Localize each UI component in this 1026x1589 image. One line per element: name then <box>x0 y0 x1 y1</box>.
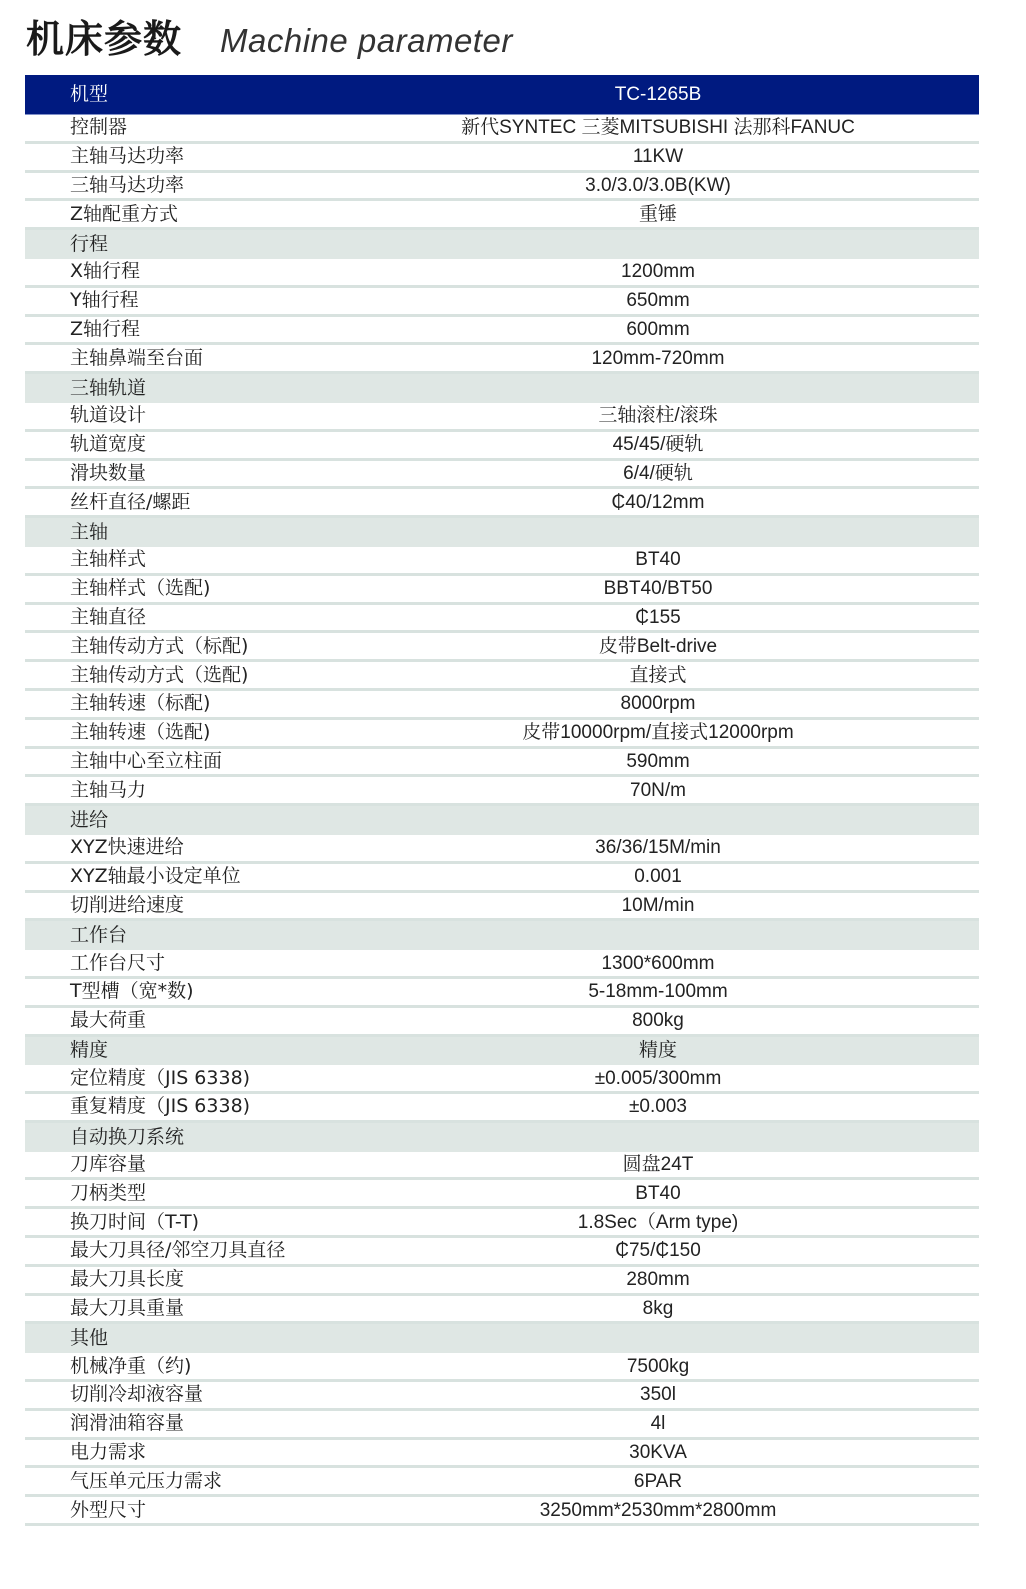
param-label: 三轴马达功率 <box>70 176 184 195</box>
param-value: 3250mm*2530mm*2800mm <box>355 1501 961 1520</box>
table-row: 润滑油箱容量4l <box>25 1411 979 1440</box>
page-title: 机床参数 Machine parameter <box>26 8 513 60</box>
section-title: 行程 <box>70 235 108 254</box>
param-value: BT40 <box>355 1184 961 1203</box>
param-label: 换刀时间（T-T) <box>70 1213 199 1232</box>
table-row: XYZ轴最小设定单位0.001 <box>25 864 979 893</box>
param-value: 120mm-720mm <box>355 349 961 368</box>
param-value: 800kg <box>355 1011 961 1030</box>
param-value: 三轴滚柱/滚珠 <box>355 406 961 425</box>
section-header-row: 其他 <box>25 1324 979 1353</box>
table-row: 主轴传动方式（选配)直接式 <box>25 662 979 691</box>
param-label: 主轴中心至立柱面 <box>70 752 222 771</box>
param-label: 主轴传动方式（标配) <box>70 637 248 656</box>
param-value: 1300*600mm <box>355 954 961 973</box>
param-value: 重锤 <box>355 205 961 224</box>
section-title: 主轴 <box>70 523 108 542</box>
table-row: 换刀时间（T-T)1.8Sec（Arm type) <box>25 1209 979 1238</box>
table-row: 最大刀具重量8kg <box>25 1296 979 1325</box>
param-value: 590mm <box>355 752 961 771</box>
table-row: Y轴行程650mm <box>25 288 979 317</box>
table-row: 气压单元压力需求6PAR <box>25 1468 979 1497</box>
table-row: 丝杆直径/螺距₵40/12mm <box>25 489 979 518</box>
section-header-row: 三轴轨道 <box>25 374 979 403</box>
section-value: 精度 <box>355 1041 961 1060</box>
table-row: 切削进给速度10M/min <box>25 893 979 922</box>
param-label: 控制器 <box>70 118 127 137</box>
param-label: 工作台尺寸 <box>70 954 165 973</box>
table-row: 刀库容量圆盘24T <box>25 1152 979 1181</box>
section-title: 其他 <box>70 1329 108 1348</box>
section-header-row: 主轴 <box>25 518 979 547</box>
param-value: 11KW <box>355 147 961 166</box>
table-row: 最大荷重800kg <box>25 1008 979 1037</box>
param-label: 机械净重（约) <box>70 1357 191 1376</box>
param-label: 最大刀具重量 <box>70 1299 184 1318</box>
param-label: XYZ轴最小设定单位 <box>70 867 241 886</box>
table-row: 工作台尺寸1300*600mm <box>25 950 979 979</box>
table-row: 重复精度（JIS 6338)±0.003 <box>25 1094 979 1123</box>
param-value: 3.0/3.0/3.0B(KW) <box>355 176 961 195</box>
param-label: 主轴马力 <box>70 781 146 800</box>
table-row: T型槽（宽*数)5-18mm-100mm <box>25 979 979 1008</box>
param-label: 刀柄类型 <box>70 1184 146 1203</box>
param-value: 6/4/硬轨 <box>355 464 961 483</box>
table-row: 主轴马达功率11KW <box>25 144 979 173</box>
section-header-row: 精度精度 <box>25 1037 979 1066</box>
table-row: 主轴转速（选配)皮带10000rpm/直接式12000rpm <box>25 720 979 749</box>
table-row: 主轴样式（选配)BBT40/BT50 <box>25 576 979 605</box>
param-value: ₵40/12mm <box>355 493 961 512</box>
param-value: 1200mm <box>355 262 961 281</box>
param-label: 气压单元压力需求 <box>70 1472 222 1491</box>
param-value: 6PAR <box>355 1472 961 1491</box>
param-value: 70N/m <box>355 781 961 800</box>
param-value: 10M/min <box>355 896 961 915</box>
param-label: 主轴转速（标配) <box>70 694 210 713</box>
param-value: 350l <box>355 1385 961 1404</box>
section-header-row: 自动换刀系统 <box>25 1123 979 1152</box>
param-value: ±0.003 <box>355 1097 961 1116</box>
section-title: 工作台 <box>70 926 127 945</box>
param-label: XYZ快速进给 <box>70 838 184 857</box>
header-value-model: TC-1265B <box>355 85 961 104</box>
table-row: 控制器新代SYNTEC 三菱MITSUBISHI 法那科FANUC <box>25 115 979 144</box>
param-label: 最大刀具径/邻空刀具直径 <box>70 1241 285 1260</box>
header-label-model: 机型 <box>70 85 108 104</box>
param-label: 外型尺寸 <box>70 1501 146 1520</box>
param-label: 滑块数量 <box>70 464 146 483</box>
section-title: 精度 <box>70 1041 108 1060</box>
table-row: 电力需求30KVA <box>25 1440 979 1469</box>
param-value: 36/36/15M/min <box>355 838 961 857</box>
param-label: 润滑油箱容量 <box>70 1414 184 1433</box>
param-label: 重复精度（JIS 6338) <box>70 1097 250 1116</box>
table-header-row: 机型 TC-1265B <box>25 75 979 115</box>
param-value: 直接式 <box>355 666 961 685</box>
table-row: 定位精度（JIS 6338)±0.005/300mm <box>25 1065 979 1094</box>
param-label: 切削冷却液容量 <box>70 1385 203 1404</box>
param-value: BBT40/BT50 <box>355 579 961 598</box>
section-title: 进给 <box>70 811 108 830</box>
section-header-row: 工作台 <box>25 921 979 950</box>
table-row: 主轴马力70N/m <box>25 777 979 806</box>
table-row: 主轴中心至立柱面590mm <box>25 749 979 778</box>
param-value: ₵155 <box>355 608 961 627</box>
param-label: 最大荷重 <box>70 1011 146 1030</box>
page-title-chinese: 机床参数 <box>26 8 182 63</box>
param-label: Y轴行程 <box>70 291 139 310</box>
table-row: Z轴行程600mm <box>25 317 979 346</box>
table-row: 主轴传动方式（标配)皮带Belt-drive <box>25 633 979 662</box>
param-label: 主轴样式 <box>70 550 146 569</box>
spec-rows: 控制器新代SYNTEC 三菱MITSUBISHI 法那科FANUC主轴马达功率1… <box>25 115 979 1526</box>
table-row: 机械净重（约)7500kg <box>25 1353 979 1382</box>
param-label: Z轴配重方式 <box>70 205 178 224</box>
param-value: 600mm <box>355 320 961 339</box>
param-label: 电力需求 <box>70 1443 146 1462</box>
param-label: 轨道设计 <box>70 406 146 425</box>
param-label: X轴行程 <box>70 262 140 281</box>
param-label: 主轴直径 <box>70 608 146 627</box>
param-value: ₵75/₵150 <box>355 1241 961 1260</box>
section-header-row: 进给 <box>25 806 979 835</box>
param-label: Z轴行程 <box>70 320 140 339</box>
table-row: 主轴鼻端至台面120mm-720mm <box>25 345 979 374</box>
param-value: 0.001 <box>355 867 961 886</box>
param-value: 8kg <box>355 1299 961 1318</box>
table-row: 三轴马达功率3.0/3.0/3.0B(KW) <box>25 173 979 202</box>
param-value: 8000rpm <box>355 694 961 713</box>
param-label: 切削进给速度 <box>70 896 184 915</box>
param-label: 丝杆直径/螺距 <box>70 493 190 512</box>
param-value: 45/45/硬轨 <box>355 435 961 454</box>
param-value: ±0.005/300mm <box>355 1069 961 1088</box>
table-row: XYZ快速进给36/36/15M/min <box>25 835 979 864</box>
table-row: 滑块数量6/4/硬轨 <box>25 461 979 490</box>
table-row: 刀柄类型BT40 <box>25 1180 979 1209</box>
section-header-row: 行程 <box>25 230 979 259</box>
table-row: 主轴样式BT40 <box>25 547 979 576</box>
param-label: 主轴马达功率 <box>70 147 184 166</box>
param-value: 280mm <box>355 1270 961 1289</box>
param-label: 主轴传动方式（选配) <box>70 666 248 685</box>
param-value: 30KVA <box>355 1443 961 1462</box>
table-row: Z轴配重方式重锤 <box>25 201 979 230</box>
param-label: 主轴样式（选配) <box>70 579 210 598</box>
param-value: 圆盘24T <box>355 1155 961 1174</box>
param-value: 1.8Sec（Arm type) <box>355 1213 961 1232</box>
table-row: 切削冷却液容量350l <box>25 1382 979 1411</box>
param-label: 主轴转速（选配) <box>70 723 210 742</box>
table-row: 最大刀具径/邻空刀具直径₵75/₵150 <box>25 1238 979 1267</box>
table-row: 主轴直径₵155 <box>25 605 979 634</box>
param-label: 定位精度（JIS 6338) <box>70 1069 250 1088</box>
section-title: 自动换刀系统 <box>70 1128 184 1147</box>
param-value: 5-18mm-100mm <box>355 982 961 1001</box>
page-title-english: Machine parameter <box>220 22 513 60</box>
param-label: 轨道宽度 <box>70 435 146 454</box>
param-value: 皮带10000rpm/直接式12000rpm <box>355 723 961 742</box>
param-label: 最大刀具长度 <box>70 1270 184 1289</box>
table-row: 主轴转速（标配)8000rpm <box>25 691 979 720</box>
param-label: T型槽（宽*数) <box>70 982 194 1001</box>
table-row: 最大刀具长度280mm <box>25 1267 979 1296</box>
param-value: 新代SYNTEC 三菱MITSUBISHI 法那科FANUC <box>355 118 961 137</box>
section-title: 三轴轨道 <box>70 379 146 398</box>
param-value: 4l <box>355 1414 961 1433</box>
table-row: 外型尺寸3250mm*2530mm*2800mm <box>25 1497 979 1526</box>
param-value: BT40 <box>355 550 961 569</box>
param-label: 刀库容量 <box>70 1155 146 1174</box>
table-row: X轴行程1200mm <box>25 259 979 288</box>
table-row: 轨道设计三轴滚柱/滚珠 <box>25 403 979 432</box>
param-value: 650mm <box>355 291 961 310</box>
param-value: 皮带Belt-drive <box>355 637 961 656</box>
table-row: 轨道宽度45/45/硬轨 <box>25 432 979 461</box>
machine-spec-table: 机型 TC-1265B 控制器新代SYNTEC 三菱MITSUBISHI 法那科… <box>25 75 979 1526</box>
param-label: 主轴鼻端至台面 <box>70 349 203 368</box>
param-value: 7500kg <box>355 1357 961 1376</box>
